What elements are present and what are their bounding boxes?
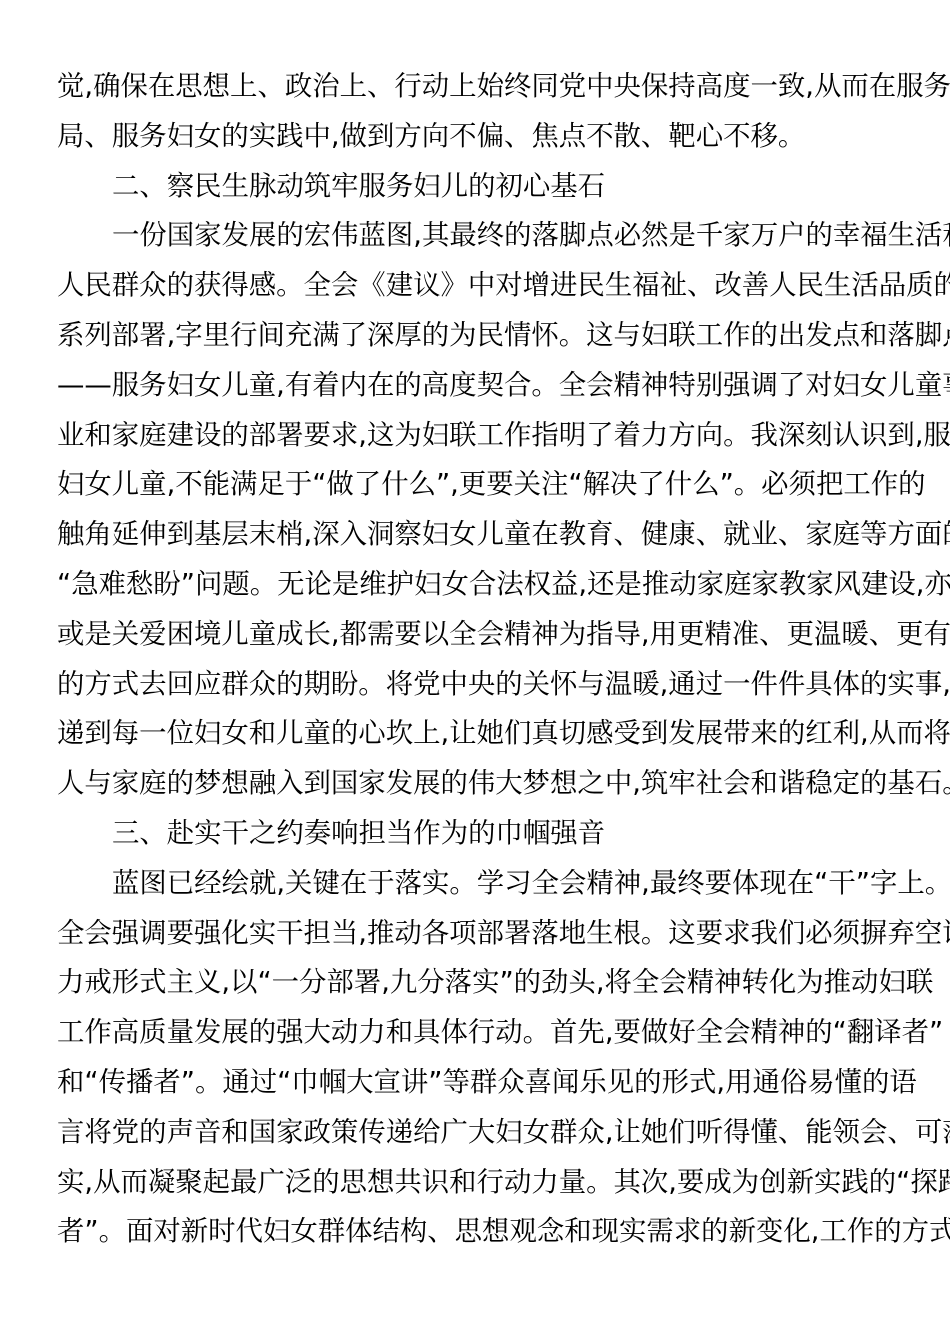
paragraph-line: 或是关爱困境儿童成长,都需要以全会精神为指导,用更精准、更温暖、更有效	[57, 610, 893, 660]
paragraph-line: 蓝图已经绘就,关键在于落实。学习全会精神,最终要体现在“干”字上。	[57, 859, 893, 909]
paragraph-line: 递到每一位妇女和儿童的心坎上,让她们真切感受到发展带来的红利,从而将个	[57, 709, 893, 759]
section-heading: 三、赴实干之约奏响担当作为的巾帼强音	[57, 809, 893, 859]
paragraph-line: 工作高质量发展的强大动力和具体行动。首先,要做好全会精神的“翻译者”	[57, 1008, 893, 1058]
paragraph-line: 人与家庭的梦想融入到国家发展的伟大梦想之中,筑牢社会和谐稳定的基石。	[57, 759, 893, 809]
paragraph-line: 人民群众的获得感。全会《建议》中对增进民生福祉、改善人民生活品质的	[57, 261, 893, 311]
paragraph-line: 者”。面对新时代妇女群体结构、思想观念和现实需求的新变化,工作的方式	[57, 1207, 893, 1257]
paragraph-line: 的方式去回应群众的期盼。将党中央的关怀与温暖,通过一件件具体的实事,传	[57, 660, 893, 710]
paragraph-line: 局、服务妇女的实践中,做到方向不偏、焦点不散、靶心不移。	[57, 112, 893, 162]
paragraph-line: 言将党的声音和国家政策传递给广大妇女群众,让她们听得懂、能领会、可落	[57, 1108, 893, 1158]
paragraph-line: 和“传播者”。通过“巾帼大宣讲”等群众喜闻乐见的形式,用通俗易懂的语	[57, 1058, 893, 1108]
paragraph-line: 力戒形式主义,以“一分部署,九分落实”的劲头,将全会精神转化为推动妇联	[57, 958, 893, 1008]
paragraph-line: “急难愁盼”问题。无论是维护妇女合法权益,还是推动家庭家教家风建设,亦	[57, 560, 893, 610]
paragraph-line: ——服务妇女儿童,有着内在的高度契合。全会精神特别强调了对妇女儿童事	[57, 361, 893, 411]
paragraph-line: 触角延伸到基层末梢,深入洞察妇女儿童在教育、健康、就业、家庭等方面的	[57, 510, 893, 560]
paragraph-line: 觉,确保在思想上、政治上、行动上始终同党中央保持高度一致,从而在服务大	[57, 62, 893, 112]
paragraph-line: 实,从而凝聚起最广泛的思想共识和行动力量。其次,要成为创新实践的“探路	[57, 1158, 893, 1208]
paragraph-line: 妇女儿童,不能满足于“做了什么”,更要关注“解决了什么”。必须把工作的	[57, 460, 893, 510]
paragraph-line: 业和家庭建设的部署要求,这为妇联工作指明了着力方向。我深刻认识到,服务	[57, 411, 893, 461]
document-page: 觉,确保在思想上、政治上、行动上始终同党中央保持高度一致,从而在服务大 局、服务…	[57, 62, 893, 1257]
paragraph-line: 一份国家发展的宏伟蓝图,其最终的落脚点必然是千家万户的幸福生活和	[57, 211, 893, 261]
paragraph-line: 全会强调要强化实干担当,推动各项部署落地生根。这要求我们必须摒弃空谈,	[57, 909, 893, 959]
section-heading: 二、察民生脉动筑牢服务妇儿的初心基石	[57, 162, 893, 212]
paragraph-line: 系列部署,字里行间充满了深厚的为民情怀。这与妇联工作的出发点和落脚点	[57, 311, 893, 361]
